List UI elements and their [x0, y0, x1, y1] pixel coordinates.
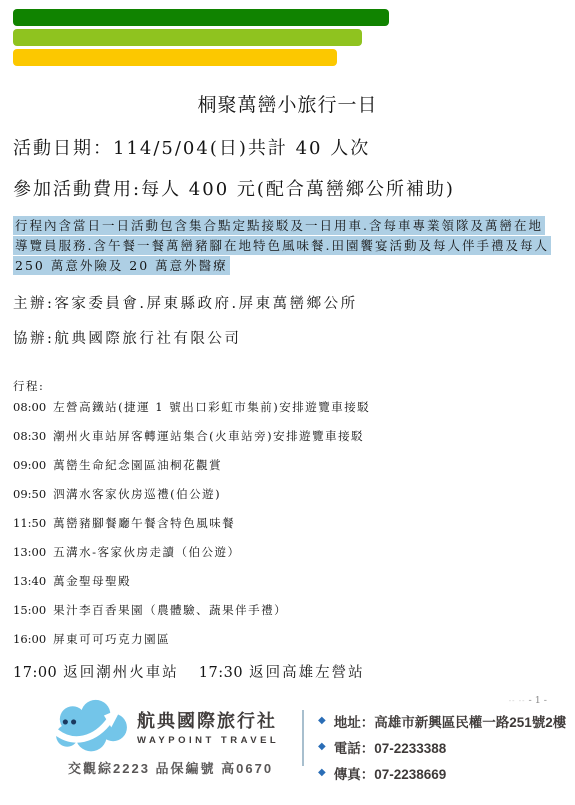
itinerary-item-0900: 09:00萬巒生命紀念園區油桐花觀賞 [13, 457, 562, 473]
event-fee-line: 參加活動費用:每人 400 元(配合萬巒鄉公所補助) [13, 175, 562, 201]
header-bar-dark-green [13, 9, 389, 26]
footer: -- --- 1 - [0, 698, 575, 783]
diamond-bullet-icon: ◆ [318, 716, 326, 726]
contact-list: ◆ 地址：高雄市新興區民權一路251號2樓 ◆ 電話：07-2233388 ◆ … [318, 711, 566, 783]
page-number-marks: -- -- [509, 697, 526, 705]
contact-phone: 電話：07-2233388 [334, 737, 447, 757]
page-number-value: - 1 - [528, 695, 547, 706]
highlight-line-1: 行程內含當日一日活動包含集合點定點接駁及一日用車.含每車專業領隊及萬巒在地 [13, 216, 545, 235]
itinerary-time: 11:50 [13, 516, 46, 530]
event-date-line: 活動日期：114/5/04(日)共計 40 人次 [13, 134, 562, 160]
itinerary-time: 15:00 [13, 603, 46, 617]
return-desc-2: 返回高雄左營站 [249, 665, 365, 681]
return-time-1: 17:00 [13, 665, 57, 681]
diamond-bullet-icon: ◆ [318, 768, 326, 778]
itinerary-desc: 屏東可可巧克力園區 [53, 632, 170, 646]
itinerary-item-1500: 15:00果汁李百香果園（農體驗、蔬果伴手禮） [13, 602, 562, 618]
header-bars [0, 0, 575, 66]
header-bar-light-green [13, 29, 362, 46]
license-numbers: 交觀綜2223 品保編號 高0670 [52, 758, 292, 777]
return-desc-1: 返回潮州火車站 [63, 665, 179, 681]
itinerary-item-0950: 09:50泗溝水客家伙房巡禮(伯公遊) [13, 486, 562, 502]
company-name-en: WAYPOINT TRAVEL [137, 735, 279, 746]
contact-row-fax: ◆ 傳真：07-2238669 [318, 763, 566, 783]
itinerary-return-line: 17:00返回潮州火車站17:30返回高雄左營站 [13, 661, 562, 682]
footer-divider [302, 710, 304, 766]
itinerary-time: 13:40 [13, 574, 46, 588]
highlight-line-3: 250 萬意外險及 20 萬意外醫療 [13, 256, 230, 275]
itinerary-item-1600: 16:00屏東可可巧克力園區 [13, 631, 562, 647]
contact-address: 地址：高雄市新興區民權一路251號2樓 [334, 711, 567, 731]
itinerary-item-1300: 13:00五溝水-客家伙房走讀（伯公遊） [13, 544, 562, 560]
itinerary-time: 09:50 [13, 487, 46, 501]
itinerary-time: 13:00 [13, 545, 46, 559]
page-number: -- --- 1 - [509, 695, 547, 706]
itinerary-desc: 左營高鐵站(捷運 1 號出口彩虹市集前)安排遊覽車接駁 [53, 400, 370, 414]
itinerary-item-1150: 11:50萬巒豬腳餐廳午餐含特色風味餐 [13, 515, 562, 531]
itinerary-time: 08:30 [13, 429, 46, 443]
itinerary-desc: 泗溝水客家伙房巡禮(伯公遊) [53, 487, 221, 501]
cloud-airplane-logo-icon [52, 698, 132, 755]
contact-fax: 傳真：07-2238669 [334, 763, 447, 783]
itinerary-desc: 果汁李百香果園（農體驗、蔬果伴手禮） [53, 603, 287, 617]
itinerary-time: 16:00 [13, 632, 46, 646]
itinerary-desc: 五溝水-客家伙房走讀（伯公遊） [53, 545, 240, 559]
company-logo-block: 航典國際旅行社 WAYPOINT TRAVEL 交觀綜2223 品保編號 高06… [52, 698, 292, 777]
company-name-zh: 航典國際旅行社 [137, 707, 279, 733]
trip-inclusions-highlight: 行程內含當日一日活動包含集合點定點接駁及一日用車.含每車專業領隊及萬巒在地 導覽… [13, 216, 562, 276]
itinerary-item-1340: 13:40萬金聖母聖殿 [13, 573, 562, 589]
itinerary-heading: 行程: [13, 378, 562, 394]
itinerary-time: 09:00 [13, 458, 46, 472]
itinerary-desc: 萬巒生命紀念園區油桐花觀賞 [53, 458, 222, 472]
contact-row-address: ◆ 地址：高雄市新興區民權一路251號2樓 [318, 711, 566, 731]
return-time-2: 17:30 [199, 665, 243, 681]
itinerary-desc: 潮州火車站屏客轉運站集合(火車站旁)安排遊覽車接駁 [53, 429, 364, 443]
organizer-line: 主辦:客家委員會.屏東縣政府.屏東萬巒鄉公所 [13, 292, 562, 313]
flyer-document: 桐聚萬巒小旅行一日 活動日期：114/5/04(日)共計 40 人次 參加活動費… [0, 0, 575, 682]
diamond-bullet-icon: ◆ [318, 742, 326, 752]
itinerary-desc: 萬巒豬腳餐廳午餐含特色風味餐 [53, 516, 235, 530]
itinerary-item-0830: 08:30潮州火車站屏客轉運站集合(火車站旁)安排遊覽車接駁 [13, 428, 562, 444]
itinerary-item-0800: 08:00左營高鐵站(捷運 1 號出口彩虹市集前)安排遊覽車接駁 [13, 399, 562, 415]
highlight-line-2: 導覽員服務.含午餐一餐萬巒豬腳在地特色風味餐.田園饗宴活動及每人伴手禮及每人 [13, 236, 551, 255]
contact-row-phone: ◆ 電話：07-2233388 [318, 737, 566, 757]
header-bar-yellow [13, 49, 337, 66]
page-title: 桐聚萬巒小旅行一日 [0, 90, 575, 117]
itinerary-desc: 萬金聖母聖殿 [53, 574, 131, 588]
itinerary-time: 08:00 [13, 400, 46, 414]
company-name-block: 航典國際旅行社 WAYPOINT TRAVEL [137, 707, 279, 746]
co-organizer-line: 協辦:航典國際旅行社有限公司 [13, 327, 562, 348]
